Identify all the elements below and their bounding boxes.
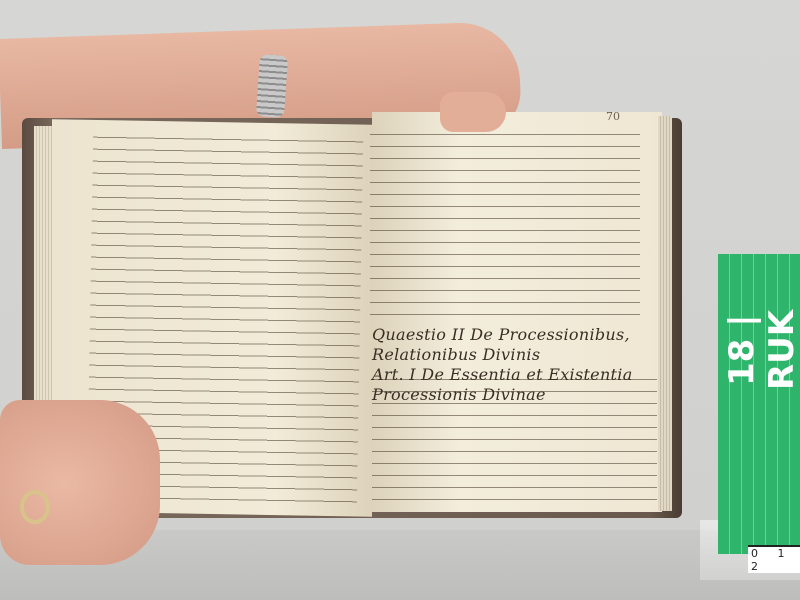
chapter-heading: Quaestio II De Processionibus, Relationi…	[372, 325, 662, 405]
heading-line-1: Quaestio II De Processionibus, Relationi…	[372, 325, 662, 365]
ring	[20, 490, 50, 524]
folio-number: 70	[606, 110, 620, 123]
measurement-scale: 0 1 2	[748, 545, 800, 573]
thumb-top	[440, 92, 506, 132]
left-hand	[0, 400, 160, 565]
heading-line-2: Art. I De Essentia et Existentia Process…	[372, 365, 662, 405]
shelf-mark-text: 18 | RUK	[722, 270, 796, 430]
page-edges-right	[658, 116, 672, 511]
right-page-handwriting-top	[370, 125, 640, 320]
